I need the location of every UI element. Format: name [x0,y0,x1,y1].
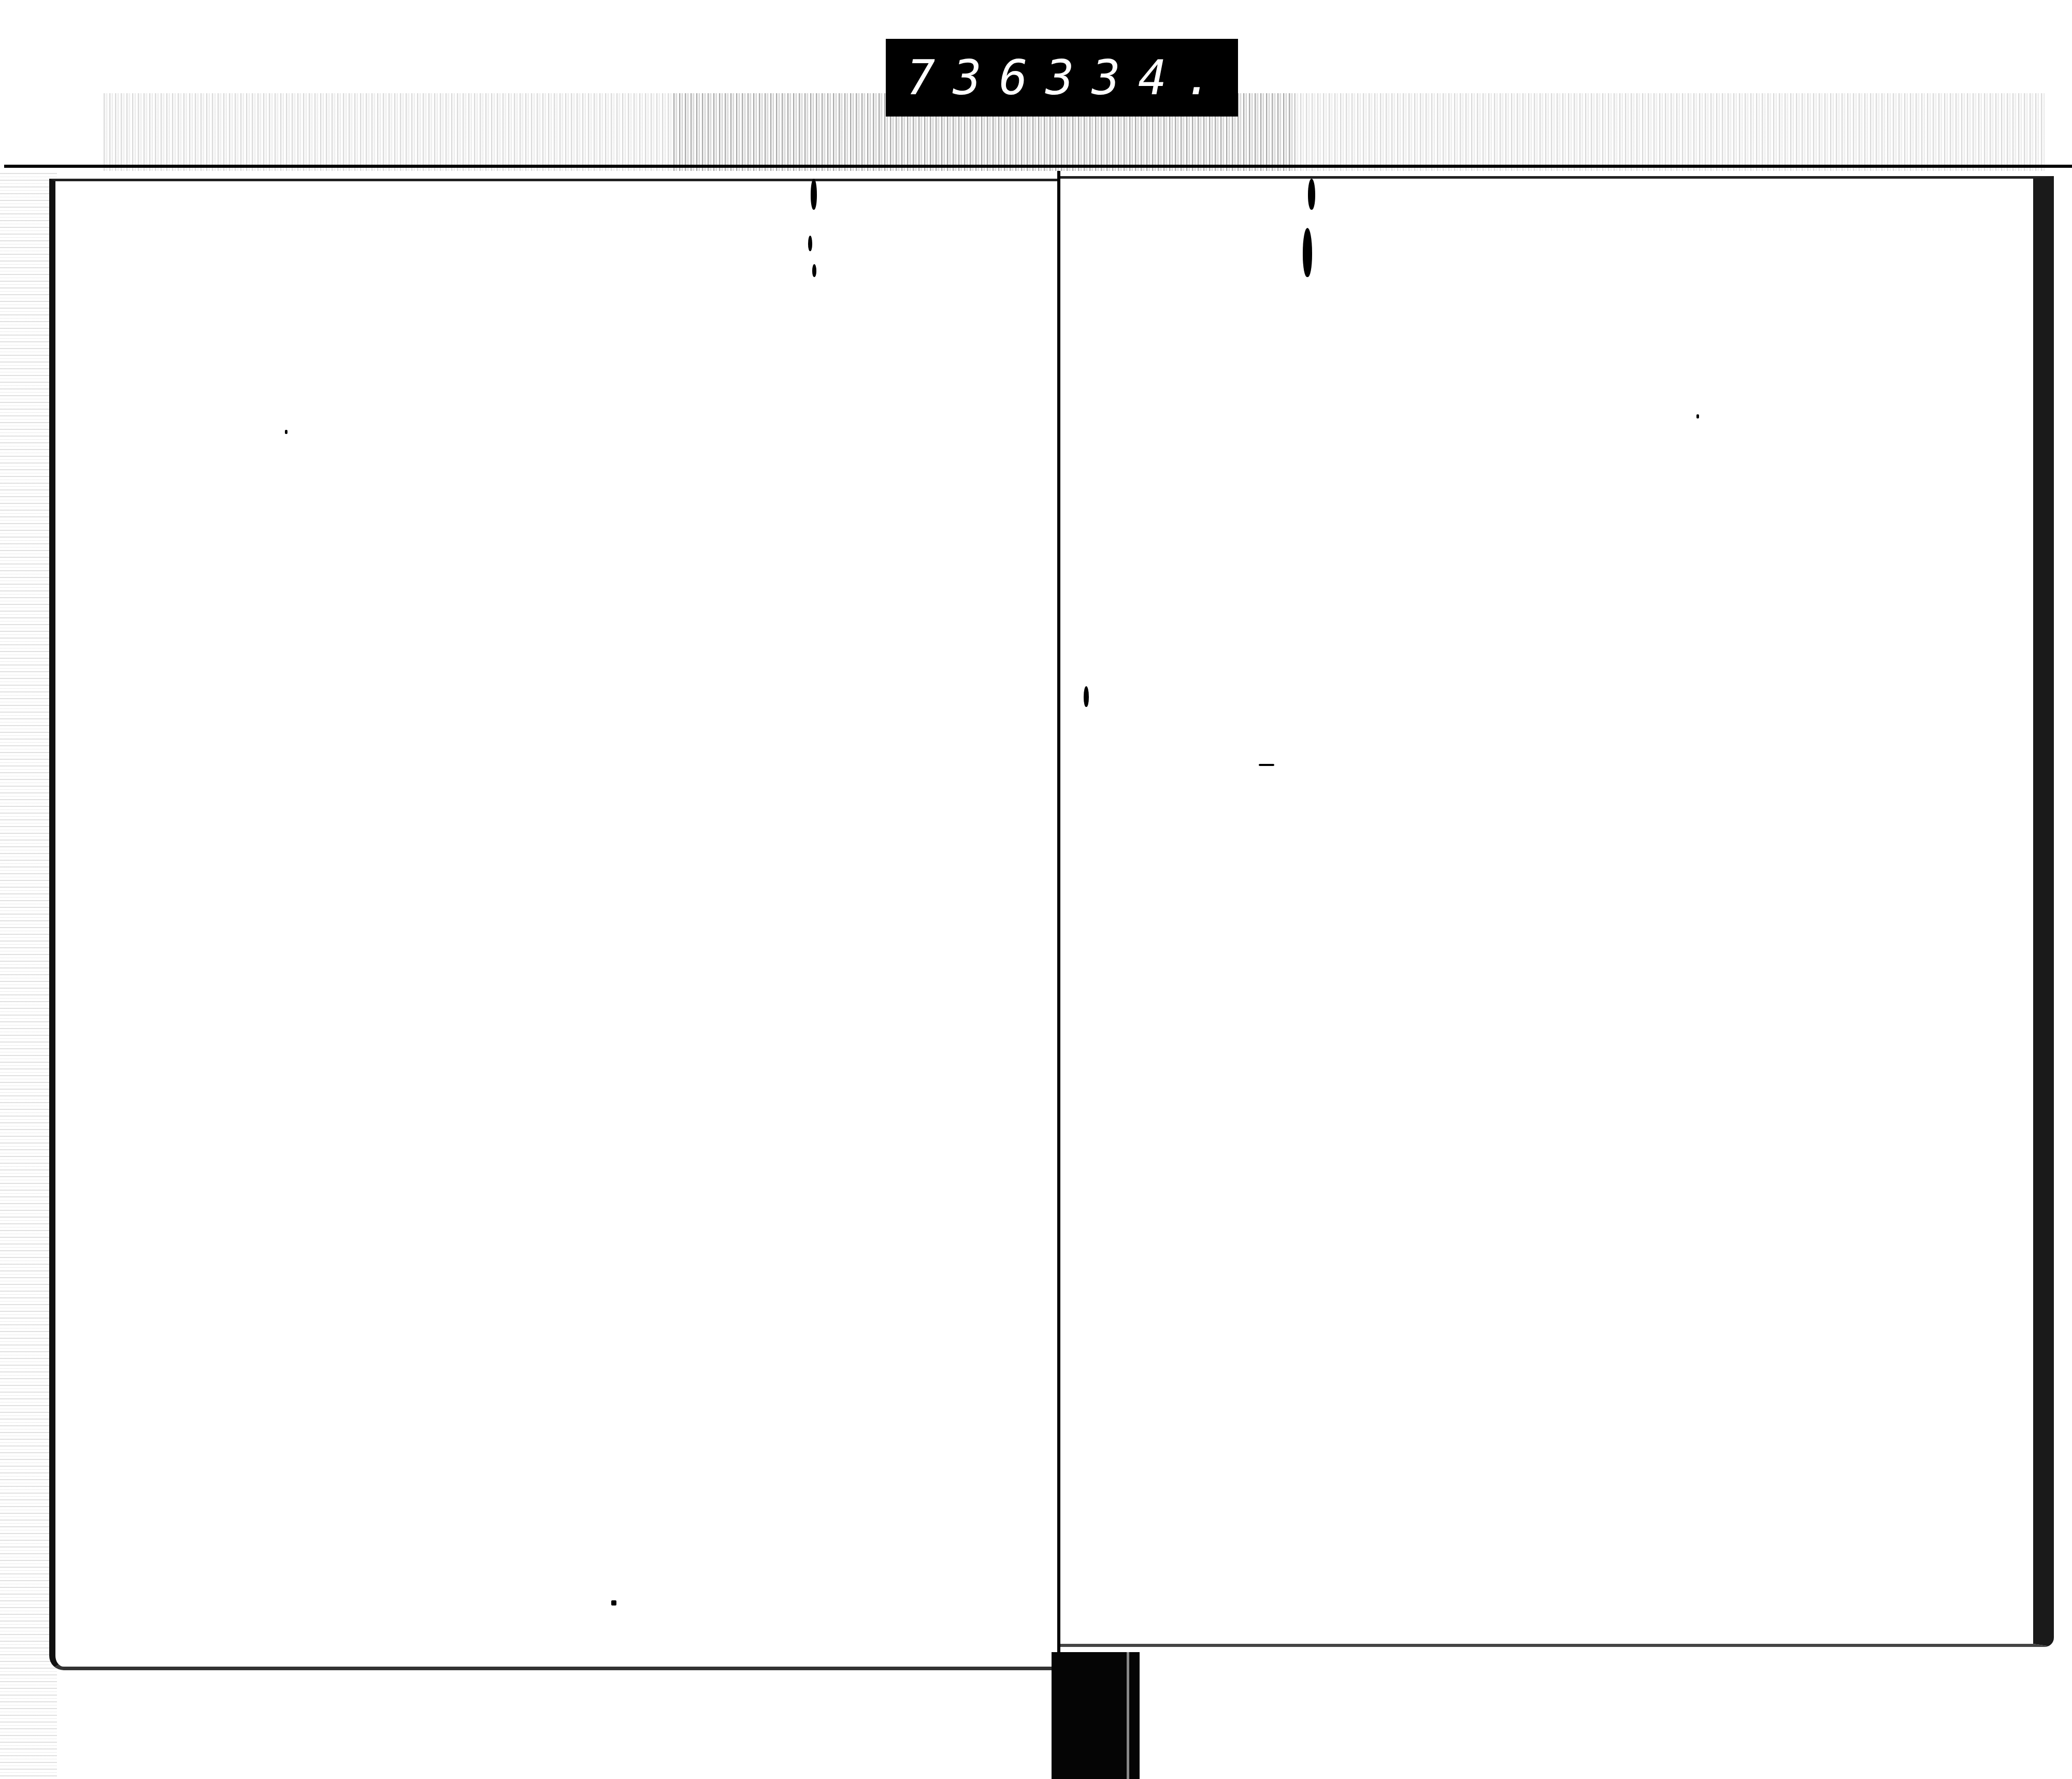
spine-shadow-block [1052,1652,1140,1779]
ink-blot [808,236,812,251]
scan-speck [1259,764,1274,766]
frame-right-number: 334. [1045,50,1231,106]
ink-blot [1084,686,1089,707]
scan-speck [1696,414,1699,418]
book-spine [1057,171,1060,1668]
scan-speck [611,1600,616,1606]
film-edge-rule [4,165,2072,168]
ink-blot [812,264,816,277]
ink-blot [1308,179,1315,210]
ink-blot [811,179,817,210]
ink-blot [1303,228,1312,277]
scan-background: 736 334. [0,0,2072,1779]
scan-noise-left [0,171,57,1776]
frame-left-number: 736 [906,50,1045,106]
right-page [1059,176,2054,1647]
left-page [49,179,1059,1670]
frame-number-label: 736 334. [886,39,1238,117]
scan-speck [285,430,287,434]
